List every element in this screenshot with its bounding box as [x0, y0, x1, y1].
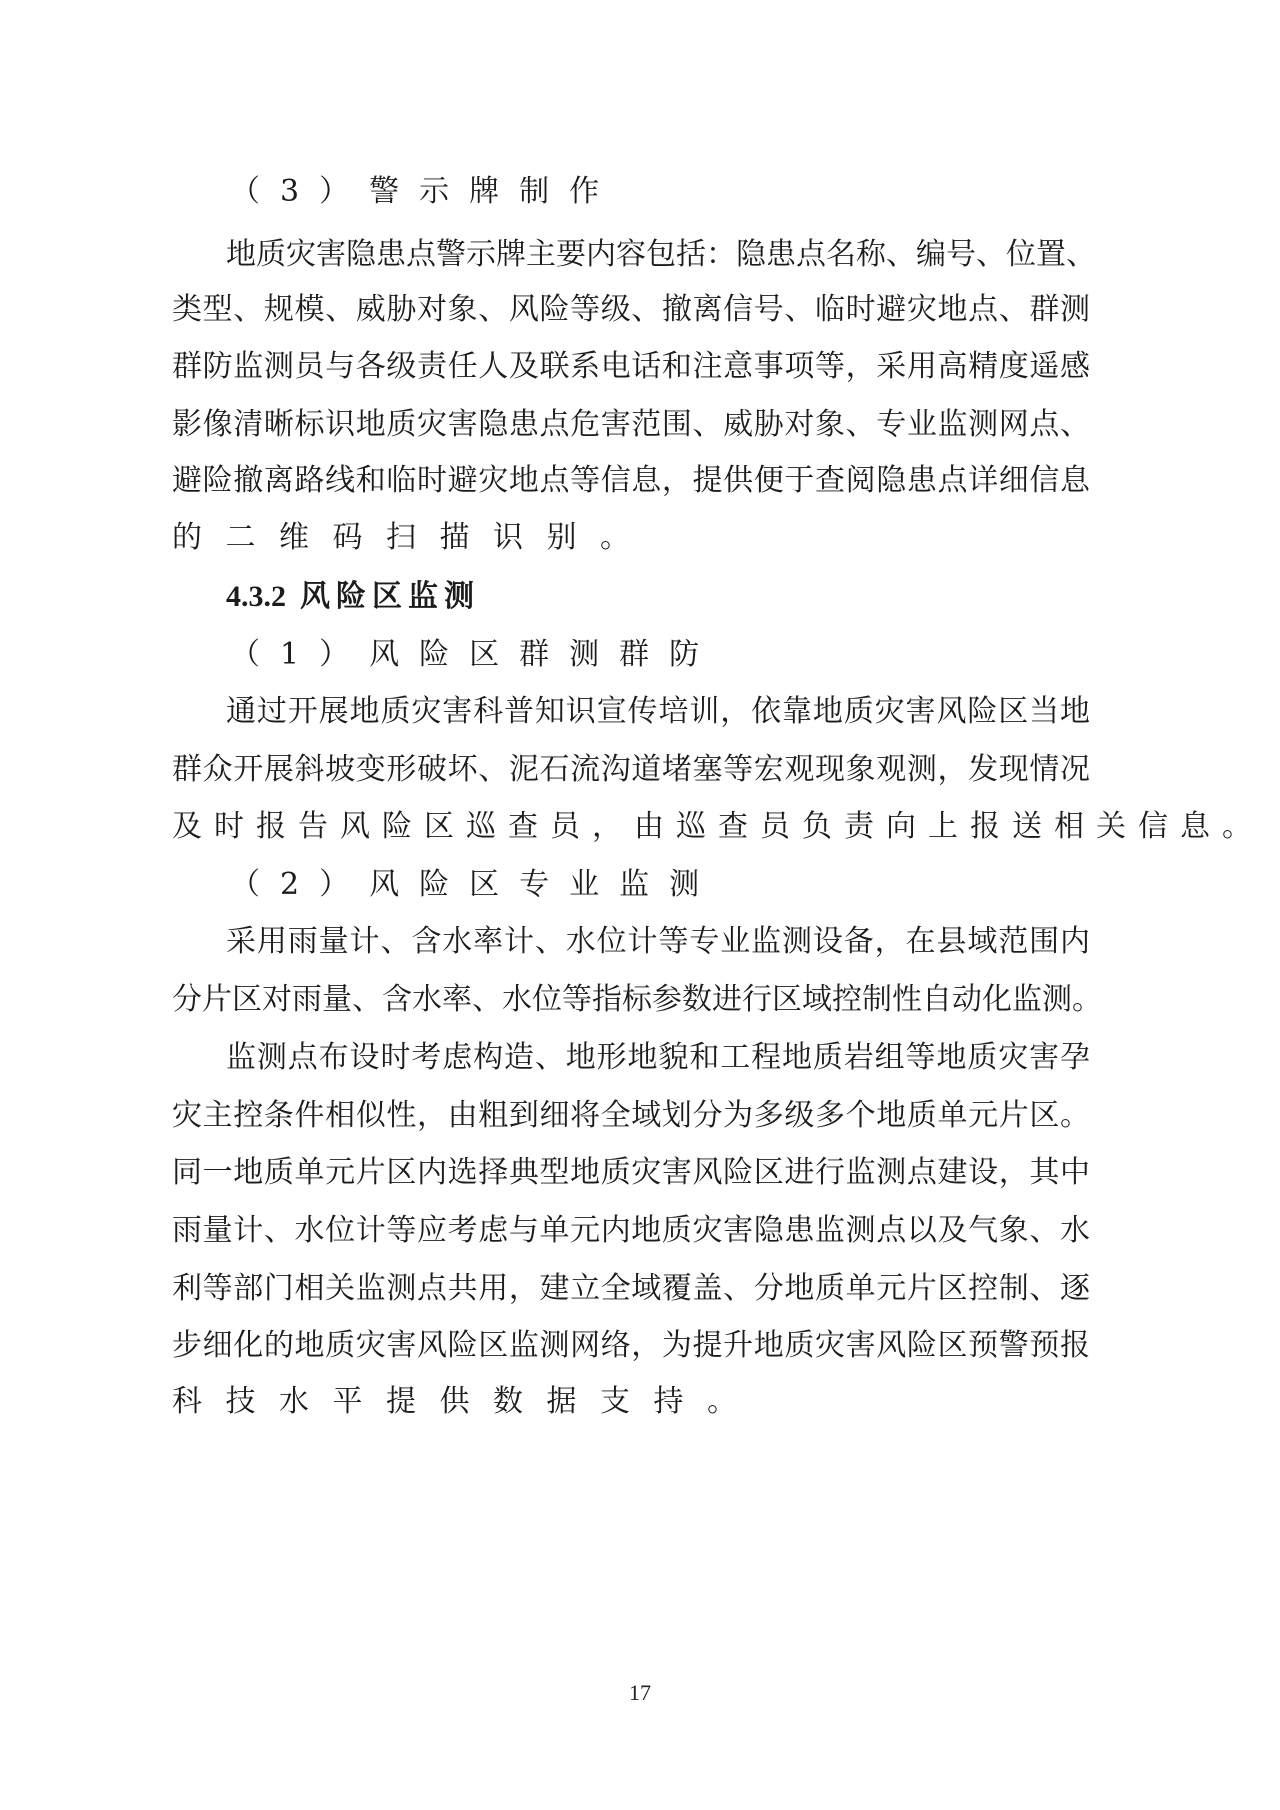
paragraph-line: 采用雨量计、含水率计、水位计等专业监测设备，在县域范围内 [226, 922, 1090, 962]
section-title: 风险区监测 [300, 580, 480, 613]
section-number: 4.3.2 [226, 580, 286, 613]
paragraph-line: 的二维码扫描识别。 [172, 518, 654, 558]
paragraph-line: 及时报告风险区巡查员，由巡查员负责向上报送相关信息。 [172, 807, 1264, 847]
paragraph-line: 科技水平提供数据支持。 [172, 1382, 761, 1422]
page-number: 17 [0, 1680, 1280, 1706]
paragraph-line: 通过开展地质灾害科普知识宣传培训，依靠地质灾害风险区当地 [226, 692, 1090, 732]
paragraph-line: 避险撤离路线和临时避灾地点等信息，提供便于查阅隐患点详细信息 [172, 461, 1090, 501]
paragraph-line: 同一地质单元片区内选择典型地质灾害风险区进行监测点建设，其中 [172, 1153, 1090, 1193]
section-heading-4-3-2: 4.3.2风险区监测 [226, 577, 480, 617]
paragraph-line: 地质灾害隐患点警示牌主要内容包括：隐患点名称、编号、位置、 [226, 235, 1090, 275]
paragraph-line: 群防监测员与各级责任人及联系电话和注意事项等，采用高精度遥感 [172, 347, 1090, 387]
subheading-group-monitoring: （1）风险区群测群防 [230, 635, 719, 675]
subheading-sign-making: （3）警示牌制作 [230, 172, 619, 212]
paragraph-line: 灾主控条件相似性，由粗到细将全域划分为多级多个地质单元片区。 [172, 1096, 1090, 1136]
paragraph-line: 群众开展斜坡变形破坏、泥石流沟道堵塞等宏观现象观测，发现情况 [172, 750, 1090, 790]
paragraph-line: 监测点布设时考虑构造、地形地貌和工程地质岩组等地质灾害孕 [226, 1038, 1090, 1078]
paragraph-line: 类型、规模、威胁对象、风险等级、撤离信号、临时避灾地点、群测 [172, 290, 1090, 330]
paragraph-line: 分片区对雨量、含水率、水位等指标参数进行区域控制性自动化监测。 [172, 980, 1090, 1020]
paragraph-line: 利等部门相关监测点共用，建立全域覆盖、分地质单元片区控制、逐 [172, 1269, 1090, 1309]
paragraph-line: 影像清晰标识地质灾害隐患点危害范围、威胁对象、专业监测网点、 [172, 405, 1090, 445]
document-page: （3）警示牌制作 地质灾害隐患点警示牌主要内容包括：隐患点名称、编号、位置、 类… [0, 0, 1280, 1810]
paragraph-line: 雨量计、水位计等应考虑与单元内地质灾害隐患监测点以及气象、水 [172, 1211, 1090, 1251]
paragraph-line: 步细化的地质灾害风险区监测网络，为提升地质灾害风险区预警预报 [172, 1326, 1090, 1366]
subheading-professional-monitoring: （2）风险区专业监测 [230, 865, 719, 905]
